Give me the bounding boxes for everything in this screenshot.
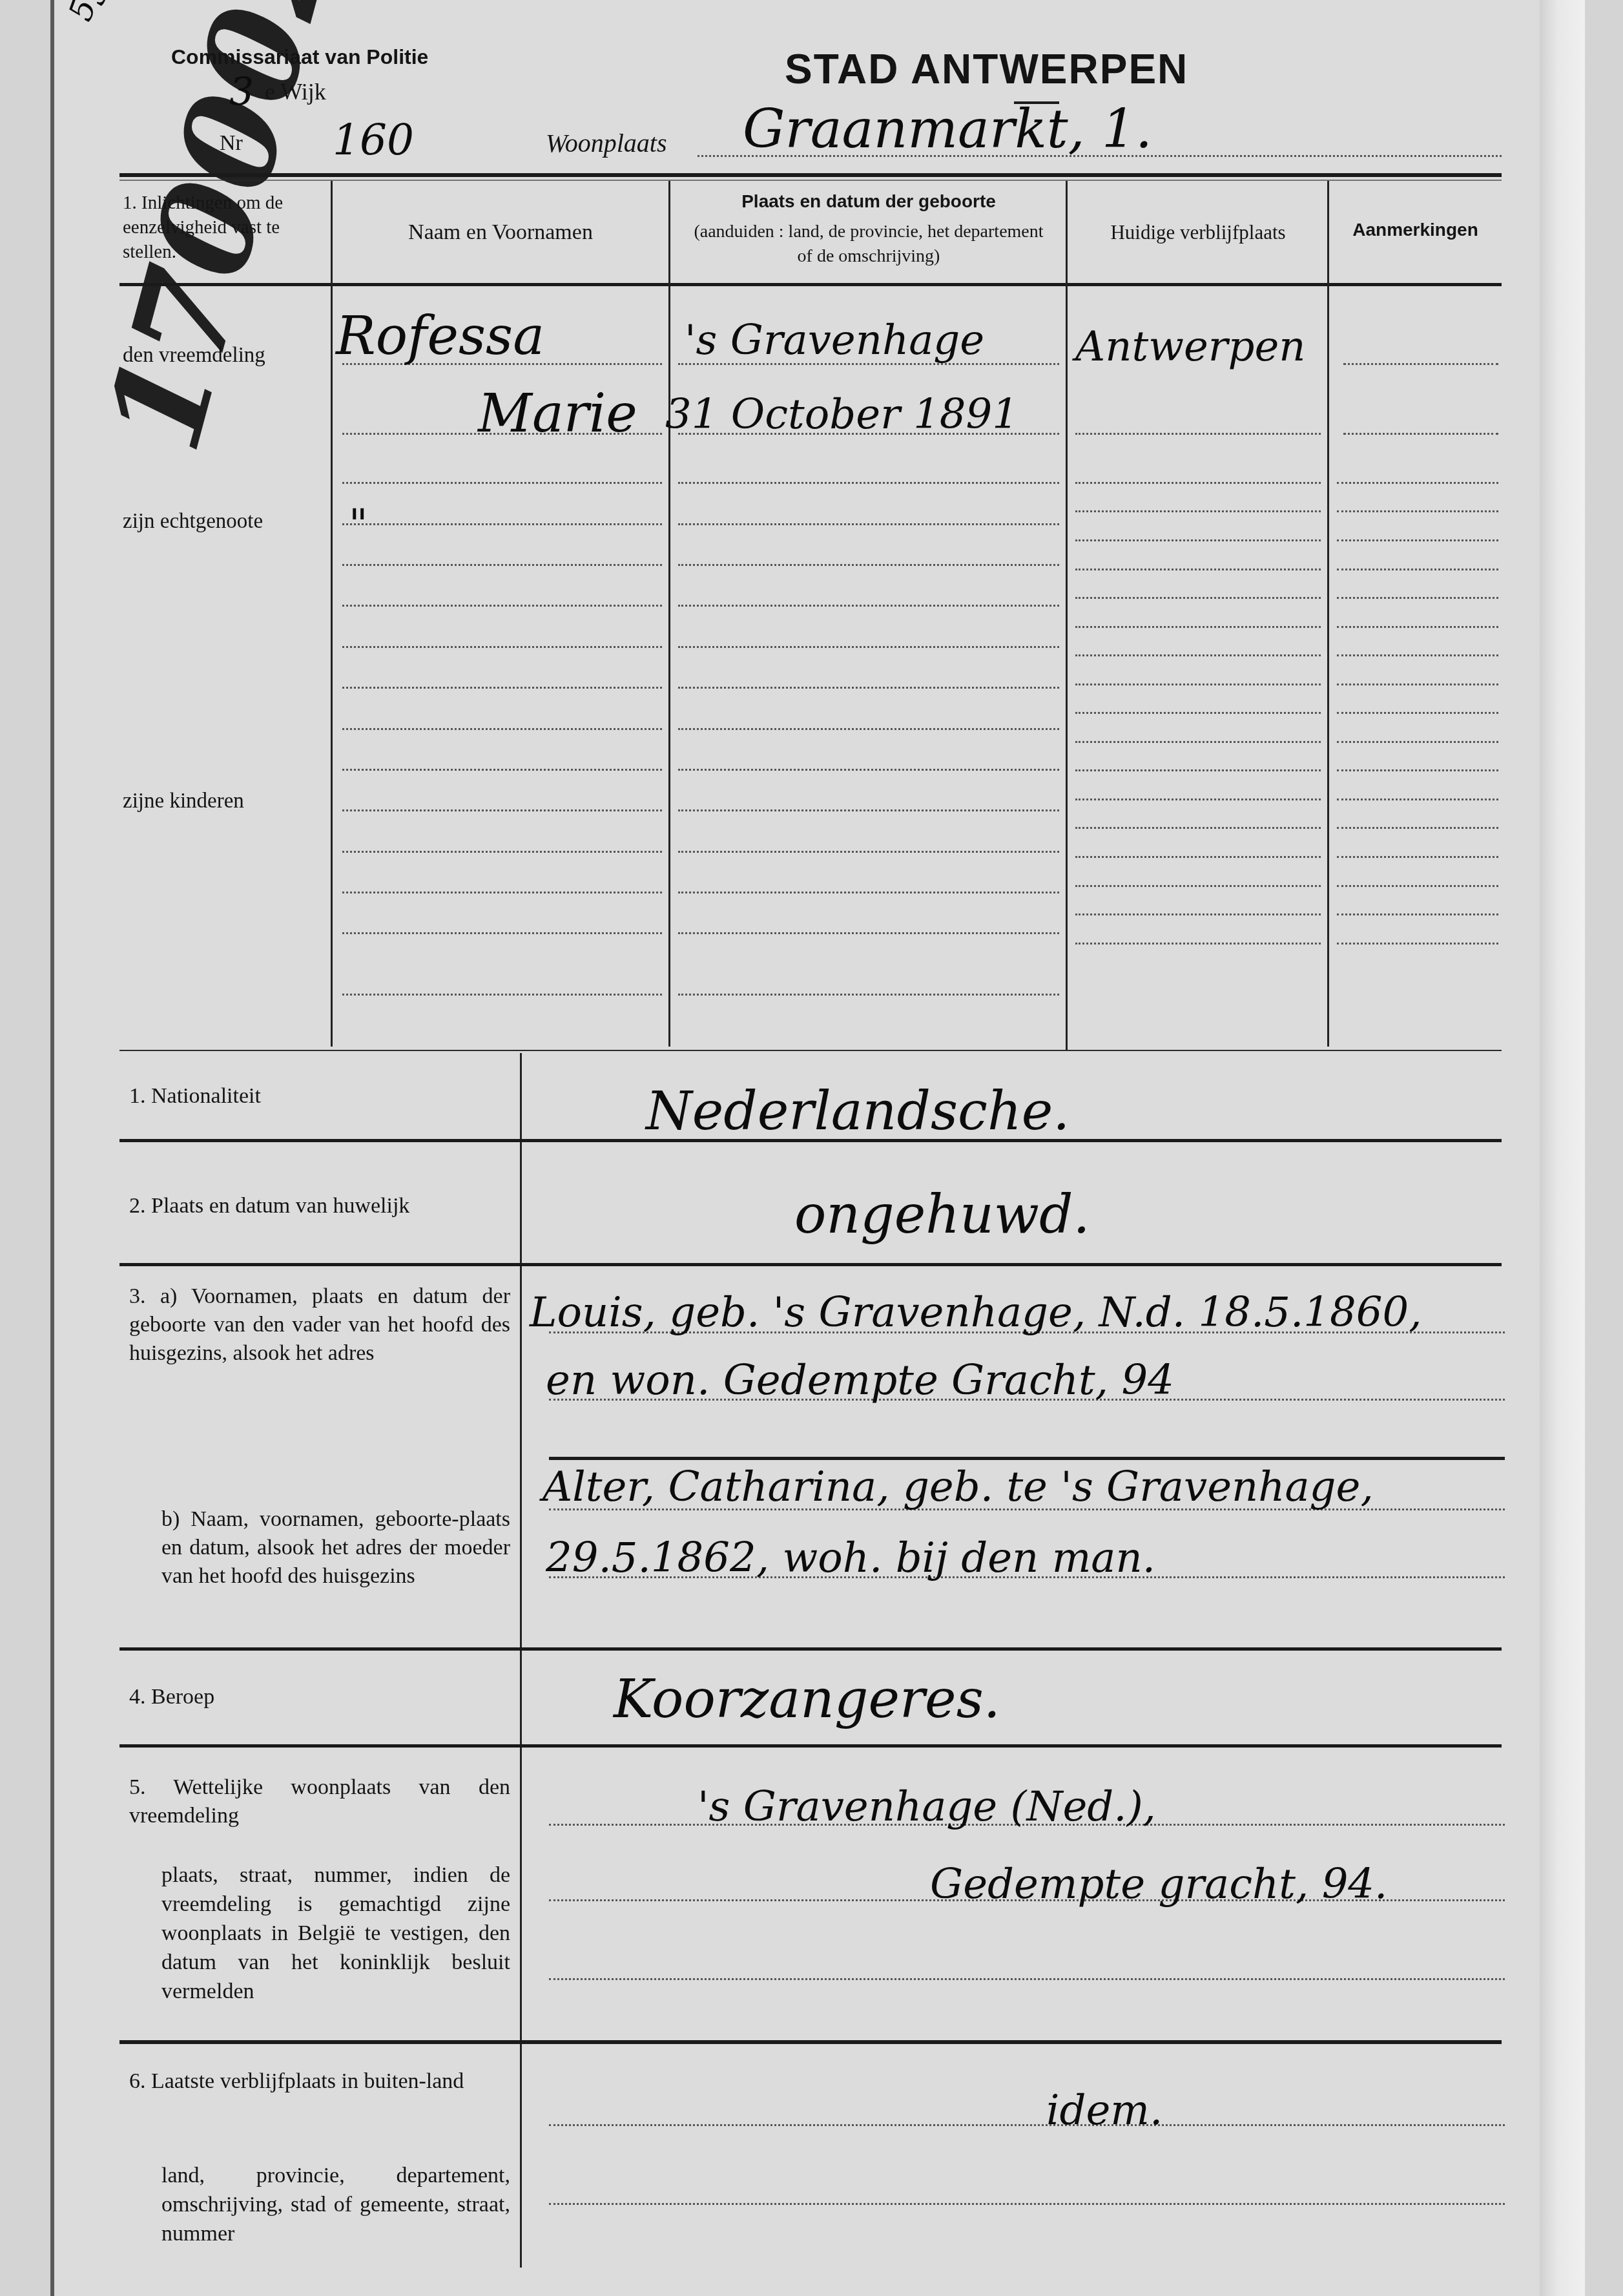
dotted-line: [1337, 626, 1498, 628]
dotted-line: [678, 892, 1059, 893]
label-mother: b) Naam, voornamen, geboorte-plaats en d…: [161, 1505, 510, 1591]
dotted-line: [1337, 482, 1498, 484]
dotted-line: [1337, 712, 1498, 714]
dotted-line: [342, 728, 662, 730]
dotted-line: [1337, 769, 1498, 771]
dotted-line: [1337, 684, 1498, 685]
label-last-residence: 6. Laatste verblijfplaats in buiten-land: [129, 2067, 510, 2096]
dotted-line: [1337, 913, 1498, 915]
spouse-ditto-mark: ": [349, 504, 367, 545]
dotted-line: [678, 564, 1059, 566]
residence-label: Woonplaats: [546, 129, 667, 158]
dotted-line: [678, 851, 1059, 853]
dotted-line: [342, 482, 662, 484]
label-legal-residence: 5. Wettelijke woonplaats van den vreemde…: [129, 1773, 510, 1830]
value-marriage: ongehuwd.: [794, 1189, 1090, 1242]
dotted-line: [678, 687, 1059, 689]
dotted-line: [678, 728, 1059, 730]
col-header-residence: Huidige verblijfplaats: [1069, 218, 1327, 247]
page-edge: [1540, 0, 1585, 2296]
row-label-spouse: zijn echtgenoote: [123, 507, 263, 536]
dotted-line: [1075, 433, 1321, 435]
foreigner-birth-date: 31 October 1891: [665, 394, 1018, 435]
rule-after-3: [119, 1647, 1502, 1651]
dotted-line: [678, 932, 1059, 934]
dotted-line: [1337, 741, 1498, 743]
dotted-line: [549, 1978, 1505, 1980]
dotted-line: [342, 523, 662, 525]
dotted-line: [1075, 943, 1321, 944]
dotted-line: [678, 482, 1059, 484]
dotted-line: [1337, 539, 1498, 541]
dotted-line: [1075, 741, 1321, 743]
value-mother-line-1: Alter, Catharina, geb. te 's Gravenhage,: [543, 1466, 1374, 1508]
dotted-line: [1337, 569, 1498, 570]
dotted-line: [342, 809, 662, 811]
dotted-line: [1075, 712, 1321, 714]
dotted-line: [1075, 827, 1321, 829]
value-nationality: Nederlandsche.: [646, 1085, 1070, 1138]
label-marriage: 2. Plaats en datum van huwelijk: [129, 1192, 517, 1220]
dotted-line: [678, 769, 1059, 771]
sublabel-legal-residence: plaats, straat, nummer, indien de vreemd…: [161, 1861, 510, 2006]
foreigner-birth-place: 's Gravenhage: [685, 320, 984, 361]
dotted-line: [342, 605, 662, 607]
dotted-line: [1337, 827, 1498, 829]
dotted-line: [1075, 597, 1321, 599]
dotted-line: [1075, 684, 1321, 685]
col-header-birth-sub: (aanduiden : land, de provincie, het dep…: [685, 220, 1053, 269]
dotted-line: [342, 687, 662, 689]
dotted-line: [678, 994, 1059, 996]
dotted-line: [1337, 885, 1498, 887]
dotted-line: [678, 646, 1059, 648]
value-father-line-2: en won. Gedempte Gracht, 94: [546, 1360, 1174, 1401]
table-top-rule: [119, 173, 1502, 177]
dotted-line: [1075, 569, 1321, 570]
value-occupation: Koorzangeres.: [614, 1673, 1000, 1726]
value-last-residence: idem.: [1046, 2090, 1163, 2131]
dotted-line: [1337, 510, 1498, 512]
rule-after-4: [119, 1744, 1502, 1748]
dotted-line: [549, 2124, 1505, 2126]
value-legal-residence-line-1: 's Gravenhage (Ned.),: [698, 1786, 1156, 1828]
table-top-rule-2: [119, 180, 1502, 181]
dotted-line: [1075, 769, 1321, 771]
rule-3a-3b: [549, 1457, 1505, 1460]
col-divider-3: [1066, 181, 1068, 1050]
foreigner-surname: Rofessa: [336, 310, 544, 363]
col-header-name: Naam en Voornamen: [333, 218, 668, 247]
dotted-line: [342, 851, 662, 853]
district-label: e Wijk: [265, 78, 326, 106]
dotted-line: [1075, 654, 1321, 656]
col-header-remarks: Aanmerkingen: [1329, 220, 1502, 240]
office-label: Commissariaat van Politie: [171, 45, 428, 69]
dotted-line: [342, 564, 662, 566]
row-label-foreigner: den vreemdeling: [123, 341, 265, 370]
dotted-line: [1075, 510, 1321, 512]
dotted-line: [1075, 539, 1321, 541]
dotted-line: [1337, 654, 1498, 656]
dotted-line: [1343, 363, 1498, 365]
dotted-line: [1075, 913, 1321, 915]
dotted-line: [1075, 482, 1321, 484]
district-number: 3: [229, 70, 254, 115]
dotted-line: [1075, 626, 1321, 628]
row-label-children: zijne kinderen: [123, 787, 244, 815]
dotted-line: [1337, 856, 1498, 858]
dotted-line: [1075, 885, 1321, 887]
value-legal-residence-line-2: Gedempte gracht, 94.: [930, 1864, 1387, 1905]
dotted-line: [342, 994, 662, 996]
city-title: STAD ANTWERPEN: [785, 45, 1188, 93]
table-bottom-rule: [119, 1050, 1502, 1051]
value-father-line-1: Louis, geb. 's Gravenhage, N.d. 18.5.186…: [530, 1292, 1422, 1333]
foreigner-given-name: Marie: [478, 388, 637, 441]
dotted-line: [1075, 798, 1321, 800]
details-col-divider: [520, 1053, 522, 2268]
dotted-line: [1343, 433, 1498, 435]
label-nationality: 1. Nationaliteit: [129, 1082, 510, 1111]
nr-label: Nr: [220, 129, 243, 158]
dotted-line: [342, 892, 662, 893]
col-header-identity: 1. Inlichtingen om de eenzelvigheid vast…: [123, 191, 323, 264]
dotted-line: [549, 2203, 1505, 2205]
foreigner-residence: Antwerpen: [1075, 326, 1305, 368]
rule-after-5: [119, 2040, 1502, 2044]
dotted-line: [1337, 943, 1498, 944]
dotted-line: [678, 605, 1059, 607]
value-mother-line-2: 29.5.1862, woh. bij den man.: [546, 1538, 1155, 1579]
dotted-line: [678, 809, 1059, 811]
dotted-line: [1075, 856, 1321, 858]
dotted-line: [1337, 798, 1498, 800]
dotted-line: [1337, 597, 1498, 599]
col-divider-1: [331, 181, 333, 1047]
label-father: 3. a) Voornamen, plaats en datum der geb…: [129, 1282, 510, 1368]
residence-value: Graanmarkt, 1.: [743, 103, 1152, 156]
table-header-bottom-rule: [119, 283, 1502, 286]
label-occupation: 4. Beroep: [129, 1683, 510, 1711]
col-divider-2: [668, 181, 670, 1047]
col-divider-4: [1327, 181, 1329, 1047]
dotted-line: [342, 932, 662, 934]
col-header-birth: Plaats en datum der geboorte: [672, 191, 1066, 212]
sublabel-last-residence: land, provincie, departement, omschrijvi…: [161, 2161, 510, 2248]
rule-after-2: [119, 1263, 1502, 1266]
dotted-line: [342, 646, 662, 648]
dotted-line: [342, 769, 662, 771]
dotted-line: [678, 523, 1059, 525]
nr-value: 160: [333, 115, 414, 165]
